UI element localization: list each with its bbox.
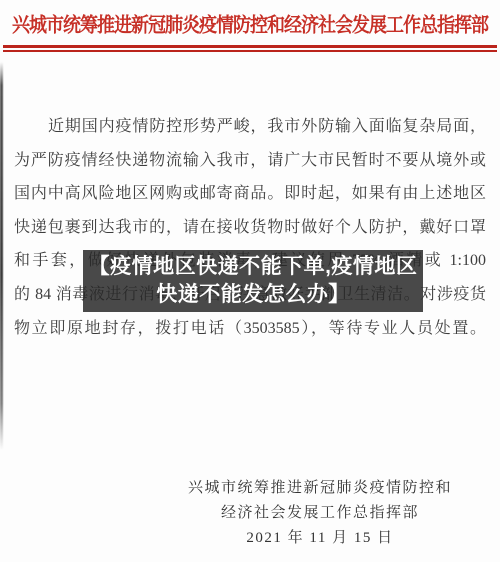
signature-org-line-2: 经济社会发展工作总指挥部 xyxy=(170,501,470,526)
body-line: 为严防疫情经快递物流输入我市，请广大市民暂时不要从境外或 xyxy=(14,144,486,178)
signature-block: 兴城市统筹推进新冠肺炎疫情防控和 经济社会发展工作总指挥部 2021 年 11 … xyxy=(170,476,470,551)
signature-org-line-1: 兴城市统筹推进新冠肺炎疫情防控和 xyxy=(170,476,470,501)
body-line: 国内中高风险地区网购或邮寄商品。即时起，如果有由上述地区 xyxy=(14,177,486,211)
caption-text: 【疫情地区快递不能下单,疫情地区快递不能发怎么办】 xyxy=(83,253,423,309)
body-line: 近期国内疫情防控形势严峻，我市外防输入面临复杂局面， xyxy=(14,110,486,144)
scan-edge-artifact xyxy=(0,62,3,450)
header-rule-thick xyxy=(3,45,497,48)
caption-overlay: 【疫情地区快递不能下单,疫情地区快递不能发怎么办】 xyxy=(83,250,423,312)
body-line: 物立即原地封存，拨打电话（3503585），等待专业人员处置。 xyxy=(14,312,486,346)
header-rule-thin xyxy=(3,50,497,52)
signature-date: 2021 年 11 月 15 日 xyxy=(170,526,470,551)
body-line: 快递包裹到达我市的，请在接收货物时做好个人防护，戴好口罩 xyxy=(14,211,486,245)
notice-document: 兴城市统筹推进新冠肺炎疫情防控和经济社会发展工作总指挥部 近期国内疫情防控形势严… xyxy=(0,0,500,562)
header-title: 兴城市统筹推进新冠肺炎疫情防控和经济社会发展工作总指挥部 xyxy=(6,6,494,44)
